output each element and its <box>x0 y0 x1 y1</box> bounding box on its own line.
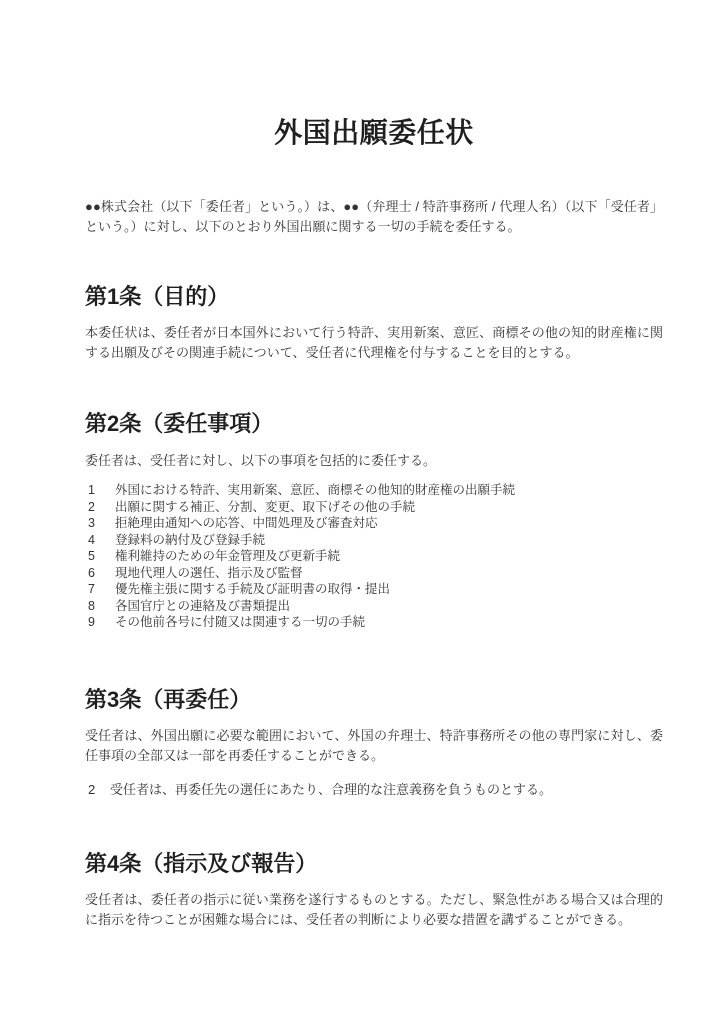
item-number: 8 <box>88 598 115 615</box>
item-text: 外国における特許、実用新案、意匠、商標その他知的財産権の出願手続 <box>115 482 663 499</box>
list-item: 9 その他前各号に付随又は関連する一切の手続 <box>88 614 663 631</box>
section-3-heading: 第3条（再委任） <box>85 688 663 712</box>
list-item: 7 優先権主張に関する手続及び証明書の取得・提出 <box>88 581 663 598</box>
clause-number: 2 <box>88 780 110 800</box>
section-2-heading: 第2条（委任事項） <box>85 412 663 436</box>
item-text: 現地代理人の選任、指示及び監督 <box>115 565 663 582</box>
item-number: 5 <box>88 548 115 565</box>
delegated-matters-list: 1 外国における特許、実用新案、意匠、商標その他知的財産権の出願手続 2 出願に… <box>85 482 663 631</box>
item-number: 7 <box>88 581 115 598</box>
item-number: 6 <box>88 565 115 582</box>
document-page: 外国出願委任状 ●●株式会社（以下「委任者」という。）は、●●（弁理士 / 特許… <box>0 0 724 1024</box>
section-3-paragraph: 受任者は、外国出願に必要な範囲において、外国の弁理士、特許事務所その他の専門家に… <box>85 726 663 766</box>
item-text: 権利維持のための年金管理及び更新手続 <box>115 548 663 565</box>
list-item: 4 登録料の納付及び登録手続 <box>88 532 663 549</box>
section-4-heading: 第4条（指示及び報告） <box>85 852 663 876</box>
section-article-2: 第2条（委任事項） 委任者は、受任者に対し、以下の事項を包括的に委任する。 1 … <box>85 412 663 631</box>
section-3-numbered-paragraph: 2 受任者は、再委任先の選任にあたり、合理的な注意義務を負うものとする。 <box>85 780 663 800</box>
section-article-4: 第4条（指示及び報告） 受任者は、委任者の指示に従い業務を遂行するものとする。た… <box>85 852 663 930</box>
item-number: 1 <box>88 482 115 499</box>
section-article-3: 第3条（再委任） 受任者は、外国出願に必要な範囲において、外国の弁理士、特許事務… <box>85 688 663 800</box>
item-number: 3 <box>88 515 115 532</box>
list-item: 2 出願に関する補正、分割、変更、取下げその他の手続 <box>88 499 663 516</box>
item-text: 各国官庁との連絡及び書類提出 <box>115 598 663 615</box>
item-text: その他前各号に付随又は関連する一切の手続 <box>115 614 663 631</box>
section-1-paragraph: 本委任状は、委任者が日本国外において行う特許、実用新案、意匠、商標その他の知的財… <box>85 323 663 363</box>
item-text: 拒絶理由通知への応答、中間処理及び審査対応 <box>115 515 663 532</box>
section-2-paragraph: 委任者は、受任者に対し、以下の事項を包括的に委任する。 <box>85 451 663 471</box>
list-item: 8 各国官庁との連絡及び書類提出 <box>88 598 663 615</box>
item-number: 4 <box>88 532 115 549</box>
list-item: 1 外国における特許、実用新案、意匠、商標その他知的財産権の出願手続 <box>88 482 663 499</box>
document-content: 外国出願委任状 ●●株式会社（以下「委任者」という。）は、●●（弁理士 / 特許… <box>0 0 724 930</box>
item-text: 登録料の納付及び登録手続 <box>115 532 663 549</box>
section-4-paragraph: 受任者は、委任者の指示に従い業務を遂行するものとする。ただし、緊急性がある場合又… <box>85 890 663 930</box>
list-item: 5 権利維持のための年金管理及び更新手続 <box>88 548 663 565</box>
clause-text: 受任者は、再委任先の選任にあたり、合理的な注意義務を負うものとする。 <box>110 780 663 800</box>
section-1-heading: 第1条（目的） <box>85 285 663 309</box>
intro-paragraph: ●●株式会社（以下「委任者」という。）は、●●（弁理士 / 特許事務所 / 代理… <box>85 197 663 237</box>
list-item: 3 拒絶理由通知への応答、中間処理及び審査対応 <box>88 515 663 532</box>
item-text: 優先権主張に関する手続及び証明書の取得・提出 <box>115 581 663 598</box>
item-number: 2 <box>88 499 115 516</box>
item-number: 9 <box>88 614 115 631</box>
list-item: 6 現地代理人の選任、指示及び監督 <box>88 565 663 582</box>
section-article-1: 第1条（目的） 本委任状は、委任者が日本国外において行う特許、実用新案、意匠、商… <box>85 285 663 363</box>
document-title: 外国出願委任状 <box>85 118 663 148</box>
item-text: 出願に関する補正、分割、変更、取下げその他の手続 <box>115 499 663 516</box>
